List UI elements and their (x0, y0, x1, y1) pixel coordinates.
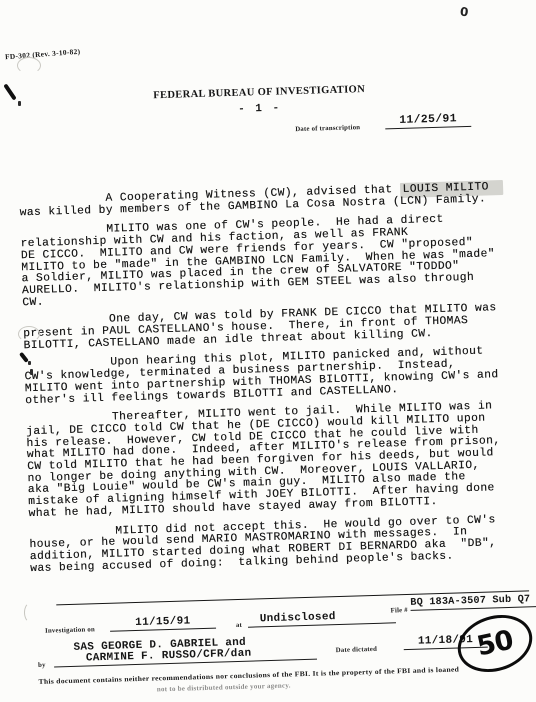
faint-arc-mark-middle (18, 326, 40, 342)
body-paragraph: MILITO was one of CW's people. He had a … (20, 213, 528, 310)
scanned-fd302-document: FD-302 (Rev. 3-10-82) FEDERAL BUREAU OF … (0, 0, 536, 702)
disclaimer-line2: not to be distributed outside your agenc… (157, 681, 291, 693)
body-paragraph: MILITO did not accept this. He would go … (29, 514, 536, 576)
investigation-date-value: 11/15/91 (110, 615, 216, 632)
pen-dot-mark-top (18, 101, 21, 106)
page-stamp-number: 50 (474, 625, 515, 663)
faint-arc-mark-bottom (24, 602, 38, 623)
investigation-on-label: Investigation on (45, 626, 95, 634)
pen-dot-mark-middle (28, 361, 31, 365)
by-label: by (38, 662, 46, 669)
body-paragraph: Upon hearing this plot, MILITO panicked … (24, 346, 531, 408)
pen-dot-mark-middle (30, 369, 33, 375)
transcription-date-label: Date of transcription (295, 124, 360, 133)
document-content: FD-302 (Rev. 3-10-82) FEDERAL BUREAU OF … (0, 0, 536, 702)
file-number-value: BQ 183A-3507 Sub Q7 (410, 594, 536, 611)
body-paragraph: Thereafter, MILITO went to jail. While M… (26, 400, 535, 520)
handwritten-zero-mark: 0 (459, 5, 469, 20)
transcription-date-value: 11/25/91 (385, 112, 471, 130)
location-value: Undisclosed (248, 609, 396, 627)
at-label: at (236, 622, 242, 629)
date-dictated-label: Date dictated (336, 646, 377, 654)
body-paragraph: One day, CW was told by FRANK DE CICCO t… (23, 303, 530, 353)
faint-arc-mark-top (17, 57, 41, 74)
form-number: FD-302 (Rev. 3-10-82) (5, 47, 81, 62)
file-number-label: File # (391, 607, 408, 615)
document-body: A Cooperating Witness (CW), advised that… (19, 181, 536, 583)
